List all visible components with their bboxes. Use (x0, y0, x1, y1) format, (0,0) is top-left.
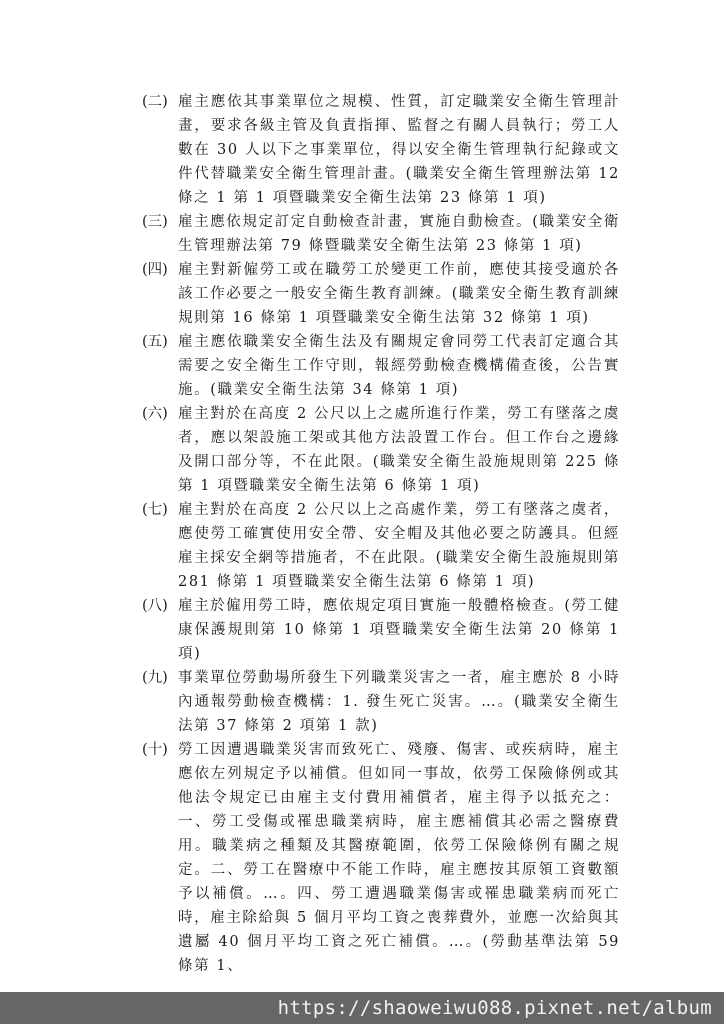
list-item-7: (七) 雇主對於在高度 2 公尺以上之高處作業，勞工有墜落之虞者，應使勞工確實使… (142, 498, 620, 594)
item-text: 雇主對於在高度 2 公尺以上之處所進行作業，勞工有墜落之虞者，應以架設施工架或其… (178, 402, 620, 498)
watermark-url-bar: https://shaoweiwu088.pixnet.net/album (0, 992, 724, 1024)
item-marker: (二) (142, 90, 178, 114)
item-marker: (七) (142, 498, 178, 522)
list-item-6: (六) 雇主對於在高度 2 公尺以上之處所進行作業，勞工有墜落之虞者，應以架設施… (142, 402, 620, 498)
item-text: 雇主對於在高度 2 公尺以上之高處作業，勞工有墜落之虞者，應使勞工確實使用安全帶… (178, 498, 620, 594)
item-marker: (五) (142, 330, 178, 354)
list-item-9: (九) 事業單位勞動場所發生下列職業災害之一者，雇主應於 8 小時內通報勞動檢查… (142, 666, 620, 738)
document-page: (二) 雇主應依其事業單位之規模、性質，訂定職業安全衛生管理計畫，要求各級主管及… (0, 90, 724, 978)
item-text: 雇主應依規定訂定自動檢查計畫，實施自動檢查。(職業安全衛生管理辦法第 79 條暨… (178, 210, 620, 258)
list-item-2: (二) 雇主應依其事業單位之規模、性質，訂定職業安全衛生管理計畫，要求各級主管及… (142, 90, 620, 210)
list-item-5: (五) 雇主應依職業安全衛生法及有關規定會同勞工代表訂定適合其需要之安全衛生工作… (142, 330, 620, 402)
item-marker: (六) (142, 402, 178, 426)
item-marker: (四) (142, 258, 178, 282)
item-text: 雇主於僱用勞工時，應依規定項目實施一般體格檢查。(勞工健康保護規則第 10 條第… (178, 594, 620, 666)
list-item-4: (四) 雇主對新僱勞工或在職勞工於變更工作前，應使其接受適於各該工作必要之一般安… (142, 258, 620, 330)
item-marker: (十) (142, 738, 178, 762)
item-marker: (八) (142, 594, 178, 618)
item-text: 勞工因遭遇職業災害而致死亡、殘廢、傷害、或疾病時，雇主應依左列規定予以補償。但如… (178, 738, 620, 978)
item-text: 事業單位勞動場所發生下列職業災害之一者，雇主應於 8 小時內通報勞動檢查機構：1… (178, 666, 620, 738)
list-item-3: (三) 雇主應依規定訂定自動檢查計畫，實施自動檢查。(職業安全衛生管理辦法第 7… (142, 210, 620, 258)
list-item-10: (十) 勞工因遭遇職業災害而致死亡、殘廢、傷害、或疾病時，雇主應依左列規定予以補… (142, 738, 620, 978)
list-item-8: (八) 雇主於僱用勞工時，應依規定項目實施一般體格檢查。(勞工健康保護規則第 1… (142, 594, 620, 666)
item-marker: (三) (142, 210, 178, 234)
item-text: 雇主應依其事業單位之規模、性質，訂定職業安全衛生管理計畫，要求各級主管及負責指揮… (178, 90, 620, 210)
item-text: 雇主應依職業安全衛生法及有關規定會同勞工代表訂定適合其需要之安全衛生工作守則，報… (178, 330, 620, 402)
item-marker: (九) (142, 666, 178, 690)
item-text: 雇主對新僱勞工或在職勞工於變更工作前，應使其接受適於各該工作必要之一般安全衛生教… (178, 258, 620, 330)
